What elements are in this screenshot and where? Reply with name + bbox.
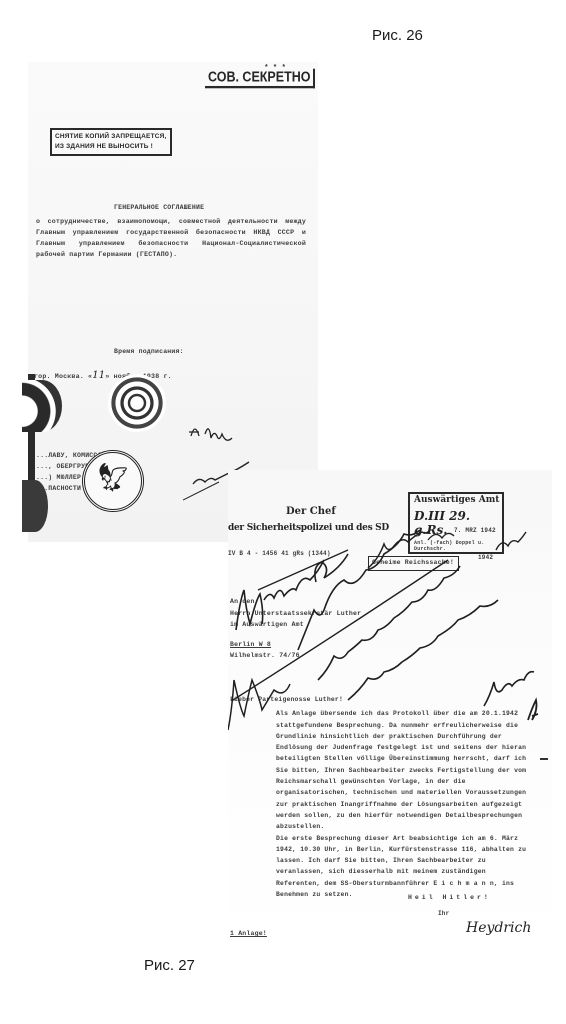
date-fragment: 1942	[478, 554, 493, 561]
signing-time-label: Время подписания:	[114, 348, 184, 355]
date-prefix: гор. Москва. «	[34, 373, 92, 380]
no-copy-stamp-line-1: СНЯТИЕ КОПИЙ ЗАПРЕЩАЕТСЯ,	[55, 132, 167, 142]
soviet-seal-icon	[108, 374, 166, 432]
document-27-scan: Der Chef der Sicherheitspolizei und des …	[228, 470, 552, 945]
body-paragraph-2: Die erste Besprechung dieser Art beabsic…	[230, 833, 534, 901]
document-title: ГЕНЕРАЛЬНОЕ СОГЛАШЕНИЕ	[114, 204, 204, 211]
address-line: Berlin W 8	[230, 639, 361, 651]
margin-mark	[540, 758, 548, 760]
closing-line: Heil Hitler!	[408, 894, 491, 901]
received-stamp-title: Auswärtiges Amt	[414, 495, 499, 505]
body-paragraph-1: Als Anlage übersende ich das Protokoll ü…	[230, 708, 534, 832]
received-stamp-date: 7. MRZ 1942	[454, 527, 496, 534]
no-copy-stamp: СНЯТИЕ КОПИЙ ЗАПРЕЩАЕТСЯ, ИЗ ЗДАНИЯ НЕ В…	[50, 128, 172, 156]
letterhead-line-2: der Sicherheitspolizei und des SD	[228, 523, 389, 533]
address-line: Wilhelmstr. 74/76	[230, 650, 361, 662]
figure-27-caption: Рис. 27	[144, 957, 195, 974]
letterhead-line-1: Der Chef	[286, 506, 336, 517]
document-paragraph: о сотрудничестве, взаимопомощи, совместн…	[36, 216, 306, 260]
letter-body: Lieber Parteigenosse Luther! Als Anlage …	[230, 694, 534, 900]
received-stamp: Auswärtiges Amt D.III 29. g.Rs. 7. MRZ 1…	[408, 492, 504, 554]
reference-number: IV B 4 - 1456 41 gRs (1344)	[228, 550, 331, 557]
classification-box: Geheime Reichssache!	[368, 556, 459, 571]
address-block: An den Herrn Unterstaatssekretär Luther …	[230, 596, 361, 662]
date-day-handwritten: 11	[92, 370, 105, 381]
closing-ihr: Ihr	[438, 910, 449, 917]
german-eagle-seal-icon: 🦅︎	[82, 450, 144, 512]
received-stamp-footer: Anl. (-fach) Doppel u. Durchschr.	[414, 540, 502, 552]
no-copy-stamp-line-2: ИЗ ЗДАНИЯ НЕ ВЫНОСИТЬ !	[55, 142, 167, 152]
address-line: An den	[230, 596, 361, 608]
top-secret-stamp: СОВ. СЕКРЕТНО	[205, 69, 315, 89]
enclosure-note: 1 Anlage!	[230, 930, 267, 937]
figure-26-caption: Рис. 26	[372, 27, 423, 44]
address-line: Herrn Unterstaatssekretär Luther	[230, 608, 361, 620]
partial-seal-icon	[22, 380, 62, 432]
address-line: im Auswärtigen Amt	[230, 619, 361, 631]
eagle-icon: 🦅︎	[95, 464, 131, 492]
salutation: Lieber Parteigenosse Luther!	[230, 694, 534, 705]
heydrich-signature: Heydrich	[466, 920, 531, 936]
